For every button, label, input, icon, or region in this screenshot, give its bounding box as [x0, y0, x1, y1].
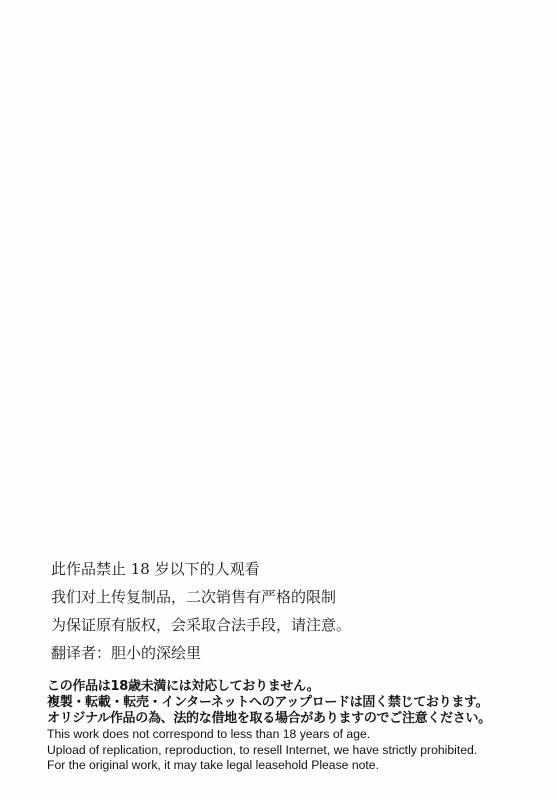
chinese-notice-line: 我们对上传复制品，二次销售有严格的限制 — [51, 583, 451, 611]
translator-credit: 翻译者：胆小的深绘里 — [51, 639, 451, 667]
japanese-notice-line: 複製・転載・転売・インターネットへのアップロードは固く禁じております。 — [47, 695, 547, 711]
japanese-notice-line: この作品は18歳未満には対応しておりません。 — [47, 679, 547, 695]
chinese-notice-line: 为保证原有版权，会采取合法手段，请注意。 — [51, 611, 451, 639]
document-page: 此作品禁止 18 岁以下的人观看 我们对上传复制品，二次销售有严格的限制 为保证… — [0, 0, 557, 800]
english-notice-line: This work does not correspond to less th… — [47, 727, 547, 743]
chinese-notice-line: 此作品禁止 18 岁以下的人观看 — [51, 555, 451, 583]
english-notice-line: For the original work, it may take legal… — [47, 758, 547, 774]
japanese-notice: この作品は18歳未満には対応しておりません。 複製・転載・転売・インターネットへ… — [47, 679, 547, 727]
chinese-notice: 此作品禁止 18 岁以下的人观看 我们对上传复制品，二次销售有严格的限制 为保证… — [51, 555, 451, 667]
english-notice-line: Upload of replication, reproduction, to … — [47, 743, 547, 759]
english-notice: This work does not correspond to less th… — [47, 727, 547, 774]
japanese-notice-line: オリジナル作品の為、法的な借地を取る場合がありますのでご注意ください。 — [47, 711, 547, 727]
